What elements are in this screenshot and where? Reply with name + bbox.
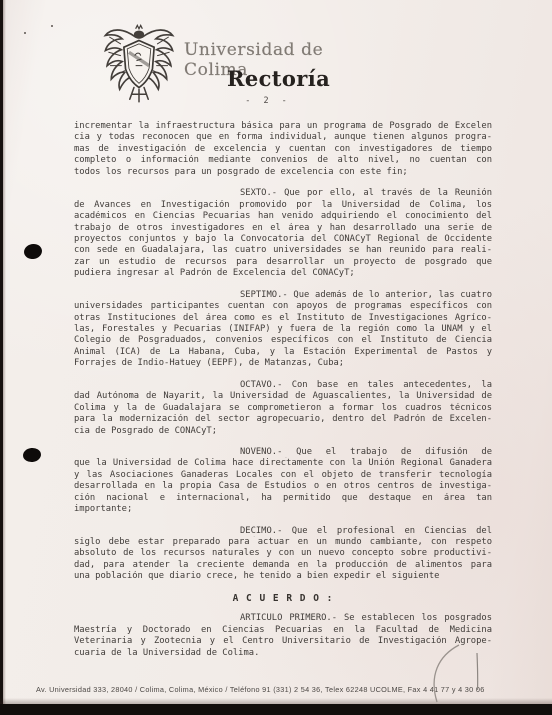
text-line: ción nacional e internacional, ha permit…: [74, 493, 492, 504]
document-body: incrementar la infraestructura básica pa…: [74, 121, 492, 669]
text-line: incrementar la infraestructura básica pa…: [74, 121, 492, 132]
text-line: Veterinaria y Zootecnia y el Centro Univ…: [74, 636, 492, 647]
text-line: Forrajes de Indio-Hatuey (EEPF), de Mata…: [74, 358, 492, 369]
text-line: ARTICULO PRIMERO.- Se establecen los pos…: [74, 613, 492, 624]
text-line: otras Instituciones del área como es el …: [74, 313, 492, 324]
text-line: proyectos conjuntos y bajo la Convocator…: [74, 234, 492, 245]
scan-edge-left-shadow: [3, 0, 6, 715]
acuerdo-heading: A C U E R D O :: [74, 593, 492, 604]
text-line: dad, para atender la creciente demanda e…: [74, 560, 492, 571]
scan-edge-bottom: [0, 704, 552, 715]
text-line: cuaria de la Universidad de Colima.: [74, 648, 492, 659]
text-line: las, Forestales y Pecuarias (INIFAP) y f…: [74, 324, 492, 335]
text-line: todos los recursos para un posgrado de e…: [74, 167, 492, 178]
letterhead-address: Av. Universidad 333, 28040 / Colima, Col…: [36, 685, 536, 694]
text-line: OCTAVO.- Con base en tales antecedentes,…: [74, 380, 492, 391]
text-line: NOVENO.- Que el trabajo de difusión de t…: [74, 447, 492, 458]
paper-speck: [24, 32, 26, 34]
text-line: mas de investigación de excelencia y cue…: [74, 144, 492, 155]
text-line: una población que diario crece, he tenid…: [74, 571, 492, 582]
office-title: Rectoría: [227, 66, 347, 91]
text-line: universidades participantes cuentan con …: [74, 301, 492, 312]
text-line: Maestría y Doctorado en Ciencias Pecuari…: [74, 625, 492, 636]
text-line: Colima y la de Guadalajara se comprometi…: [74, 403, 492, 414]
paragraph: SEPTIMO.- Que además de lo anterior, las…: [74, 290, 492, 370]
punch-hole-dot: [22, 447, 41, 463]
text-line: académicos en Ciencias Pecuarias han ven…: [74, 211, 492, 222]
text-line: para la modernización del sector agropec…: [74, 414, 492, 425]
text-line: cia y todas reconocen que en forma indiv…: [74, 132, 492, 143]
paragraph: ARTICULO PRIMERO.- Se establecen los pos…: [74, 613, 492, 659]
text-line: SEPTIMO.- Que además de lo anterior, las…: [74, 290, 492, 301]
paragraph: incrementar la infraestructura básica pa…: [74, 121, 492, 178]
text-line: importante;: [74, 504, 492, 515]
text-line: que la Universidad de Colima hace direct…: [74, 458, 492, 469]
paragraph: NOVENO.- Que el trabajo de difusión de t…: [74, 447, 492, 516]
text-line: DECIMO.- Que el profesional en Ciencias …: [74, 526, 492, 537]
text-line: trabajo de otros investigadores en el ár…: [74, 223, 492, 234]
text-line: cia de Posgrado de CONACyT;: [74, 426, 492, 437]
scanned-document-page: Universidad de Colima Rectoría - 2 - inc…: [0, 0, 552, 715]
paragraph: DECIMO.- Que el profesional en Ciencias …: [74, 526, 492, 583]
page-number: - 2 -: [238, 96, 298, 106]
text-line: pudiera ingresar al Padrón de Excelencia…: [74, 268, 492, 279]
text-line: completo o información mediante convenio…: [74, 155, 492, 166]
text-line: absoluto de los recursos naturales y con…: [74, 548, 492, 559]
text-line: desarrollada en la propia Casa de Estudi…: [74, 481, 492, 492]
text-line: con sede en Guadalajara, las cuatro univ…: [74, 245, 492, 256]
text-line: Animal (ICA) de La Habana, Cuba, y la Es…: [74, 347, 492, 358]
text-line: SEXTO.- Que por ello, al través de la Re…: [74, 188, 492, 199]
university-crest-eagle-shield-icon: [97, 22, 181, 106]
paper-speck: [51, 25, 53, 27]
paragraph: SEXTO.- Que por ello, al través de la Re…: [74, 188, 492, 280]
text-line: Colegio de Posgraduados, convenios espec…: [74, 335, 492, 346]
text-line: de Avances en Investigación promovido po…: [74, 200, 492, 211]
text-line: y las Asociaciones Ganaderas Locales con…: [74, 470, 492, 481]
paragraph: OCTAVO.- Con base en tales antecedentes,…: [74, 380, 492, 437]
text-line: dad Autónoma de Nayarit, la Universidad …: [74, 391, 492, 402]
text-line: siglo debe estar preparado para actuar e…: [74, 537, 492, 548]
text-line: zar un estudio de recursos para desarrol…: [74, 257, 492, 268]
punch-hole-dot: [23, 243, 43, 261]
